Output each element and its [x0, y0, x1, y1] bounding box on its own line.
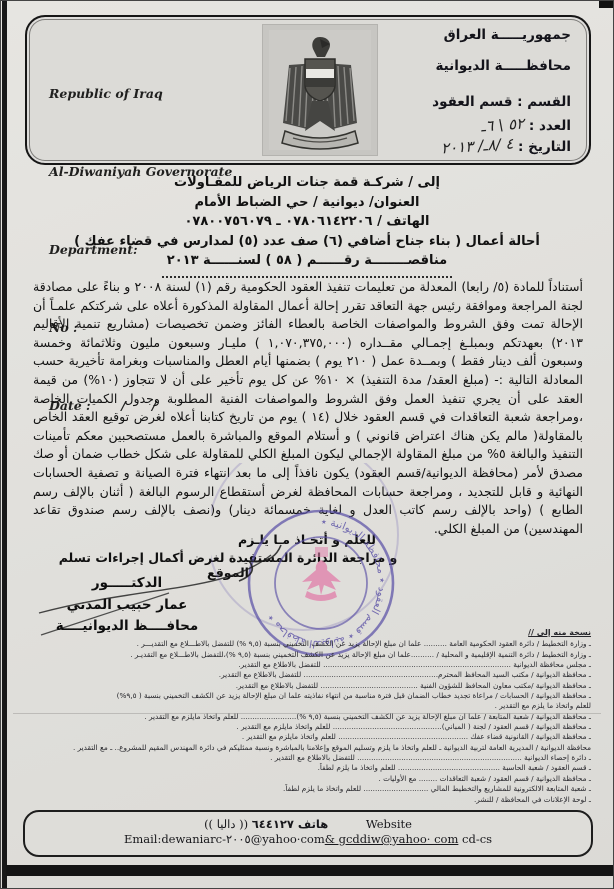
body-line: التنفيذ والبالغة ٥% من مبلغ المقاولة الإ… [33, 445, 583, 464]
distribution-item: ـ محافظة الديوانية / شعبة المتابعة / علم… [17, 712, 591, 722]
footer-contact-box: هاتف ٦٤٤١٢٧ (( داليا )) Website Email:de… [23, 810, 593, 857]
signer-title: الدكتـــــور [37, 573, 217, 595]
letterhead-arabic: جمهوريـــــة العراق محافظـــــة الديواني… [432, 27, 571, 157]
number-handwritten-value: ٥٢ \ ٦ـ [480, 114, 524, 137]
distribution-item: ـ لوحة الإعلانات في المحافظة / للنشر. [17, 795, 591, 805]
body-line: لجنة المراجعة وموافقة رئيس جهة التعاقد ت… [33, 297, 583, 316]
body-line: العقد على أن يجري تنفيذ العمل وفق الشروط… [33, 390, 583, 409]
body-line: وسبعون ألف دينار فقط ) وبمــدة عمل ( ٢١٠… [33, 352, 583, 371]
body-line: مصدق لأمر (محافظة الديوانية/قسم العقود) … [33, 464, 583, 483]
distribution-item: ـ وزارة التخطيط / دائرة العقود الحكومية … [17, 639, 591, 649]
footer-phone: هاتف ٦٤٤١٢٧ [252, 817, 328, 831]
iraq-coat-of-arms [263, 25, 377, 155]
phone-line: الهاتف / ٠٧٨٠٦١٤٢٢٠٦ ـ ٠٧٨٠٠٧٥٦٠٧٩ [1, 212, 613, 232]
address-line: العنوان/ ديوانية / حي الضباط الأمام [1, 193, 613, 213]
tender-line: مناقصــــــــة رقــــــم ( ٥٨ ) لسنـــــ… [1, 251, 613, 271]
date-label-ar: التاريخ : [518, 139, 571, 155]
footer-email-suffix: cd-cs [458, 832, 492, 846]
distribution-title: نسخة منه إلى // [17, 628, 591, 638]
distribution-item: ـ محافظة الديوانية /مكتب معاون المحافظ ل… [17, 681, 591, 691]
country-name-ar: جمهوريـــــة العراق [432, 27, 571, 43]
letterhead: Republic of Iraq Al-Diwaniyah Governorat… [25, 15, 591, 165]
letter-body: أستناداً للمادة (٥/ رابعا) المعدلة من تع… [33, 278, 583, 538]
body-line: الإحالة تمت وفق الشروط والمواصفات الخاصة… [33, 315, 583, 334]
department-line-ar: القسم : قسم العقود [432, 94, 571, 110]
body-line: أستناداً للمادة (٥/ رابعا) المعدلة من تع… [33, 278, 583, 297]
distribution-item: ـ شعبة المتابعة الالكترونية للمشاريع وال… [17, 784, 591, 794]
country-name-en: Republic of Iraq [49, 81, 232, 107]
distribution-item: ـ محافظة الديوانية / قسم العقود / لجنة (… [17, 722, 591, 732]
closing-note-1: للعلم و أتخـاذ مـا يلـزم [1, 532, 613, 547]
body-line: الطابع ) (واحد بالإلف رسم كاتب العدل و ل… [33, 501, 583, 520]
body-line: بالمقاولة( مالم يكن هناك اعتراض قانوني )… [33, 427, 583, 446]
eagle-emblem-icon [263, 25, 377, 155]
distribution-item: ـ مجلس محافظة الديوانية ................… [17, 660, 591, 670]
distribution-list: نسخة منه إلى // ـ وزارة التخطيط / دائرة … [17, 628, 591, 805]
number-label-ar: العدد : [529, 118, 571, 134]
distribution-item: ـ دائرة إحصاء الديوانية ................… [17, 753, 591, 763]
body-line: ٢٠١٣) بعهدتكم وبمبلـغ إجمـالي مقــداره (… [33, 334, 583, 353]
scan-edge-bottom [6, 865, 613, 876]
distribution-item: محافظة الديوانية / المديرية العامة لتربي… [17, 743, 591, 753]
addressee-line: إلى / شركـة قمة جنات الرياض للمقـاولات [1, 173, 613, 193]
governorate-name-ar: محافظـــــة الديوانية [432, 58, 571, 74]
scanned-document-page: Republic of Iraq Al-Diwaniyah Governorat… [0, 0, 614, 889]
footer-email-line: Email:dewaniarc-٢٠٠٥@yahoo·com& gcddiw@y… [25, 832, 591, 846]
distribution-item: ـ محافظة الديوانية / القانونية قضاء عفك … [17, 732, 591, 742]
distribution-item: ـ محافظة الديوانية / قسم العقود / شعبة ا… [17, 774, 591, 784]
date-handwritten-value: ٤ /٨ـ/ ٢٠١٣ [440, 133, 514, 158]
distribution-item: ـ محافظة الديوانية / الحسابات / مراعاة ت… [17, 691, 591, 701]
footer-email-secondary: & gcddiw@yahoo· com [325, 832, 459, 846]
distribution-item: ـ محافظة الديوانية / مكتب السيد المحافظ … [17, 670, 591, 680]
addressee-block: إلى / شركـة قمة جنات الرياض للمقـاولات ا… [1, 173, 613, 278]
body-line: ،ومراجعة شعبة التعاقدات في قسم العقود خل… [33, 408, 583, 427]
footer-line-1: هاتف ٦٤٤١٢٧ (( داليا )) Website [25, 817, 591, 831]
distribution-item: للعلم واتخاذ ما يلزم مع التقدير . [17, 701, 591, 711]
subject-line: أحالة أعمال ( بناء جناح أضافي (٦) صف عدد… [1, 232, 613, 252]
distribution-item: ـ قسم العقود / شعبة الحاسبة ............… [17, 763, 591, 773]
body-line: النهائية و قابل للتجديد ، ومراجعة حسابات… [33, 483, 583, 502]
scan-edge-left [2, 1, 7, 888]
distribution-item: ـ وزارة التخطيط / دائرة التنمية الإقليمي… [17, 650, 591, 660]
scan-corner-artifact [599, 1, 613, 8]
signer-name: عمار حبيب المدني [37, 595, 217, 617]
document-number-row: العدد : ٥٢ \ ٦ـ [432, 115, 571, 136]
body-line: المعادلة التالية :- (مبلغ العقد/ مدة الت… [33, 371, 583, 390]
document-date-row: التاريخ : ٤ /٨ـ/ ٢٠١٣ [432, 136, 571, 157]
footer-email-primary: Email:dewaniarc-٢٠٠٥@yahoo·com [124, 832, 325, 846]
dotted-separator [162, 272, 452, 278]
